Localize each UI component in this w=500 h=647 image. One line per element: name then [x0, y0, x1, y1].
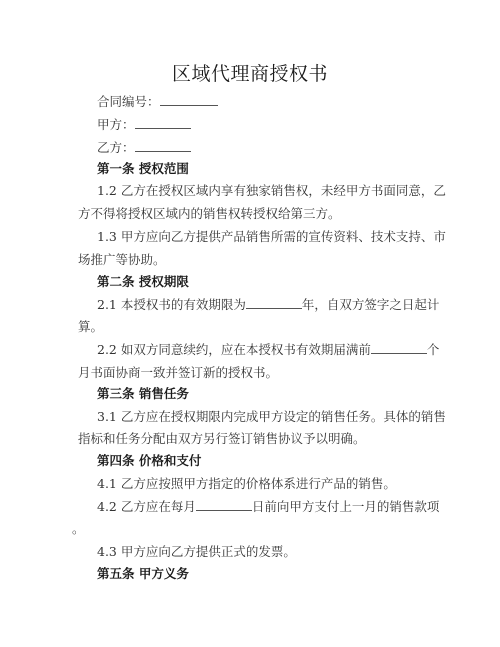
- section-4-heading: 第四条 价格和支付: [97, 453, 201, 469]
- document-title: 区域代理商授权书: [0, 59, 500, 86]
- section-5-heading: 第五条 甲方义务: [97, 566, 189, 582]
- clause-4-2-line1: 4.2 乙方应在每月日前向甲方支付上一月的销售款项: [97, 499, 439, 515]
- contract-number-blank[interactable]: [160, 94, 218, 106]
- clause-2-2-text-before: 2.2 如双方同意续约，应在本授权书有效期届满前: [97, 342, 371, 357]
- section-2-heading: 第二条 授权期限: [97, 274, 189, 290]
- clause-4-3: 4.3 甲方应向乙方提供正式的发票。: [97, 544, 296, 560]
- party-a-label: 甲方：: [97, 117, 135, 132]
- document-page: 区域代理商授权书 合同编号： 甲方： 乙方： 第一条 授权范围 1.2 乙方在授…: [0, 0, 500, 647]
- clause-2-2-line2: 月书面协商一致并签订新的授权书。: [78, 365, 278, 381]
- clause-1-2-line2: 方不得将授权区域内的销售权转授权给第三方。: [78, 206, 341, 222]
- clause-2-1-line2: 算。: [78, 319, 103, 335]
- party-b-label: 乙方：: [97, 140, 135, 155]
- clause-4-2-text-after: 日前向甲方支付上一月的销售款项: [252, 499, 440, 514]
- section-1-heading: 第一条 授权范围: [97, 161, 189, 177]
- contract-number-label: 合同编号：: [97, 94, 160, 109]
- clause-2-2-line1: 2.2 如双方同意续约，应在本授权书有效期届满前个: [97, 342, 439, 358]
- section-3-heading: 第三条 销售任务: [97, 386, 189, 402]
- clause-2-1-line1: 2.1 本授权书的有效期限为年，自双方签字之日起计: [97, 297, 439, 313]
- clause-4-2-text-before: 4.2 乙方应在每月: [97, 499, 196, 514]
- clause-1-3-line2: 场推广等协助。: [78, 252, 166, 268]
- clause-1-3-line1: 1.3 甲方应向乙方提供产品销售所需的宣传资料、技术支持、市: [97, 229, 446, 245]
- clause-4-1: 4.1 乙方应按照甲方指定的价格体系进行产品的销售。: [97, 476, 396, 492]
- clause-2-1-text-after: 年，自双方签字之日起计: [302, 297, 440, 312]
- clause-2-2-text-after: 个: [427, 342, 440, 357]
- payment-day-blank[interactable]: [196, 499, 252, 511]
- clause-3-1-line1: 3.1 乙方应在授权期限内完成甲方设定的销售任务。具体的销售: [97, 409, 446, 425]
- party-b-blank[interactable]: [135, 140, 191, 152]
- clause-3-1-line2: 指标和任务分配由双方另行签订销售协议予以明确。: [78, 431, 366, 447]
- party-a-field: 甲方：: [97, 117, 191, 133]
- clause-1-2-line1: 1.2 乙方在授权区域内享有独家销售权，未经甲方书面同意，乙: [97, 183, 446, 199]
- clause-4-2-line2: 。: [72, 521, 85, 537]
- contract-number-field: 合同编号：: [97, 94, 218, 110]
- clause-2-1-text-before: 2.1 本授权书的有效期限为: [97, 297, 246, 312]
- validity-years-blank[interactable]: [246, 297, 302, 309]
- party-a-blank[interactable]: [135, 117, 191, 129]
- renewal-months-blank[interactable]: [371, 342, 427, 354]
- party-b-field: 乙方：: [97, 140, 191, 156]
